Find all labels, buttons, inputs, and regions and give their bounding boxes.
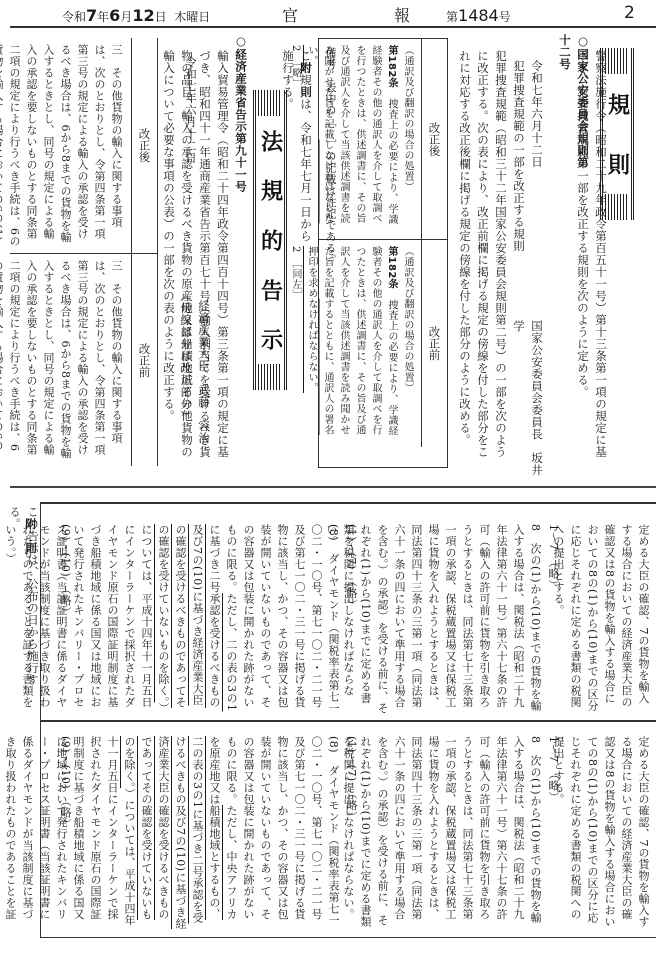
sub-8-text: (8) ダイヤモンド（関税率表第七一〇二・一〇号、第七一〇二・二一号及び第七一〇…: [225, 736, 340, 926]
table-row-after: 改正後 三 その他貨物の輸入に関する事項は、次のとおりとし、令第四条第一項第三号…: [10, 38, 157, 253]
date-month-unit: 月: [120, 10, 132, 24]
after-col1: 定める大臣の確認、7の貨物を輸入する場合においての経済産業大臣の確認又は8の貨物…: [566, 524, 652, 714]
notice-91-date: 令和七年六月十二日: [182, 56, 200, 186]
title-char: 告: [255, 279, 286, 301]
table-row-before: 定める大臣の確認、7の貨物を輸入する場合においての経済産業大臣の確認又は8の貨物…: [52, 736, 652, 930]
article-label: 第182条: [386, 45, 397, 88]
issue-number: 第1484号: [446, 6, 511, 25]
after-text: 三 その他貨物の輸入に関する事項は、次のとおりとし、令第四条第一項第三号の規定に…: [14, 44, 125, 247]
date-day-unit: 日: [155, 10, 167, 24]
article-label: 第182条: [386, 246, 397, 289]
amended-text: ただし、中央アフリカを原産地又は船積地域とするもの、二の表の3の1に基づき二号承…: [123, 736, 238, 929]
column-header-after: 改正後: [131, 38, 157, 253]
hatch-decoration: [258, 364, 282, 390]
rule-12-body: 犯罪捜査規範（昭和三十二年国家公安委員会規則第二号）の一部を次のように改正する。…: [456, 50, 510, 460]
header-label: 改正前: [137, 343, 153, 378]
publication-title: 官 報: [282, 3, 450, 26]
after-sub-9-10: (9)・(10) （略）: [56, 524, 74, 714]
header-label: 改正後: [137, 128, 153, 163]
date-day: 12: [132, 6, 154, 25]
date-month: 6: [109, 6, 120, 25]
header-label: 改正後: [427, 122, 443, 157]
date-year: 7: [86, 6, 97, 25]
column-header-before: 改正前: [421, 240, 447, 447]
header-divider: [10, 26, 656, 28]
table-note: 備考 表中の［ ］の記載は注記である。: [321, 47, 339, 457]
section-title-notices-text: 法 規 的 告 示: [255, 116, 286, 364]
rule-12-date: 令和七年六月十二日: [528, 60, 546, 200]
title-char: 的: [255, 229, 286, 251]
before-col1: 定める大臣の確認、7の貨物を輸入する場合においての経済産業大臣の確認又は8の貨物…: [566, 736, 652, 930]
sub-8-text: (8) ダイヤモンド（関税率表第七一〇二・一〇号、第七一〇二・二一号及び第七一〇…: [225, 524, 340, 714]
before-item-8: 8 次の(1)から(10)までの貨物を輸入する場合は、関税法（昭和二十九年法律第…: [364, 736, 544, 930]
before-item-1-7: 1～7 （略）: [544, 736, 562, 930]
section-title-notices: 法 規 的 告 示: [253, 90, 287, 390]
notice-91-table-top: 改正後 三 その他貨物の輸入に関する事項は、次のとおりとし、令第四条第一項第三号…: [10, 38, 158, 466]
notice-91-signer: 経済産業大臣 武藤 容治: [195, 300, 213, 470]
notice-91-table-bottom: 定める大臣の確認、7の貨物を輸入する場合においての経済産業大臣の確認又は8の貨物…: [40, 502, 656, 938]
title-char: 規: [255, 179, 286, 201]
header-label: 改正前: [427, 326, 443, 361]
publication-date: 令和7年6月12日 木曜日: [62, 6, 210, 25]
table-row-before: 改正前 三 その他貨物の輸入に関する事項は、次のとおりとし、令第四条第一項第三号…: [10, 253, 157, 466]
rule-12-title: 犯罪捜査規範の一部を改正する規則: [510, 60, 528, 260]
before-text: 三 その他貨物の輸入に関する事項は、次のとおりとし、令第四条第一項第三号の規定に…: [14, 260, 125, 460]
paragraph-text: ［同左］: [290, 263, 301, 300]
after-item-1-7: 1～7 （略）: [544, 524, 562, 714]
article-caption: （通訳及び翻訳の場合の処置）: [402, 45, 413, 192]
title-char: 示: [255, 328, 286, 350]
date-year-unit: 年: [97, 10, 109, 24]
hatch-decoration: [258, 90, 282, 116]
title-char: 法: [255, 130, 286, 152]
issue-suffix: 号: [499, 10, 511, 24]
rule-12-signer: 国家公安委員会委員長 坂井 学: [510, 320, 546, 480]
column-header-after: 改正後: [421, 39, 447, 239]
after-item-8: 8 次の(1)から(10)までの貨物を輸入する場合は、関税法（昭和二十九年法律第…: [364, 524, 544, 714]
notice-91-heading: ○経済産業省告示第九十一号: [232, 34, 250, 234]
before-sub-9-10: (9)・(10) （略）: [56, 736, 74, 930]
rule-12-comparison-table: 改正後 （通訳及び翻訳の場合の処置） 第182条 捜査上の必要により、学識経験者…: [318, 38, 448, 468]
table-row-after: 定める大臣の確認、7の貨物を輸入する場合においての経済産業大臣の確認又は8の貨物…: [52, 524, 652, 714]
issue-number-value: 1484: [458, 6, 499, 25]
notice-91-signer-note: （傍線部分は改正部分）: [177, 290, 195, 470]
gazette-header: 令和7年6月12日 木曜日 官 報 第1484号 2: [0, 0, 662, 24]
after-sub-1-7: (1)～(7) （略）: [342, 524, 360, 714]
before-sub-8: (8) ダイヤモンド（関税率表第七一〇二・一〇号、第七一〇二・二一号及び第七一〇…: [72, 736, 342, 930]
section-divider: [10, 486, 656, 488]
notice-91-supplementary-text: この告示は、公布の日から施行する。: [6, 506, 42, 706]
column-header-before: 改正前: [131, 254, 157, 466]
date-era: 令和: [62, 10, 86, 24]
after-sub-8: (8) ダイヤモンド（関税率表第七一〇二・一〇号、第七一〇二・二一号及び第七一〇…: [72, 524, 342, 714]
date-weekday: 木曜日: [174, 10, 210, 24]
page-number: 2: [624, 3, 635, 23]
issue-prefix: 第: [446, 10, 458, 24]
before-sub-1-7: (1)～(7) （略）: [342, 736, 360, 930]
article-caption: （通訳及び翻訳の場合の処置）: [402, 246, 413, 393]
rule-12-preamble: 警察法施行令（昭和二十九年政令第百五十一号）第十三条第一項の規定に基づき、犯罪捜…: [574, 50, 610, 460]
row-divider: [41, 720, 656, 722]
